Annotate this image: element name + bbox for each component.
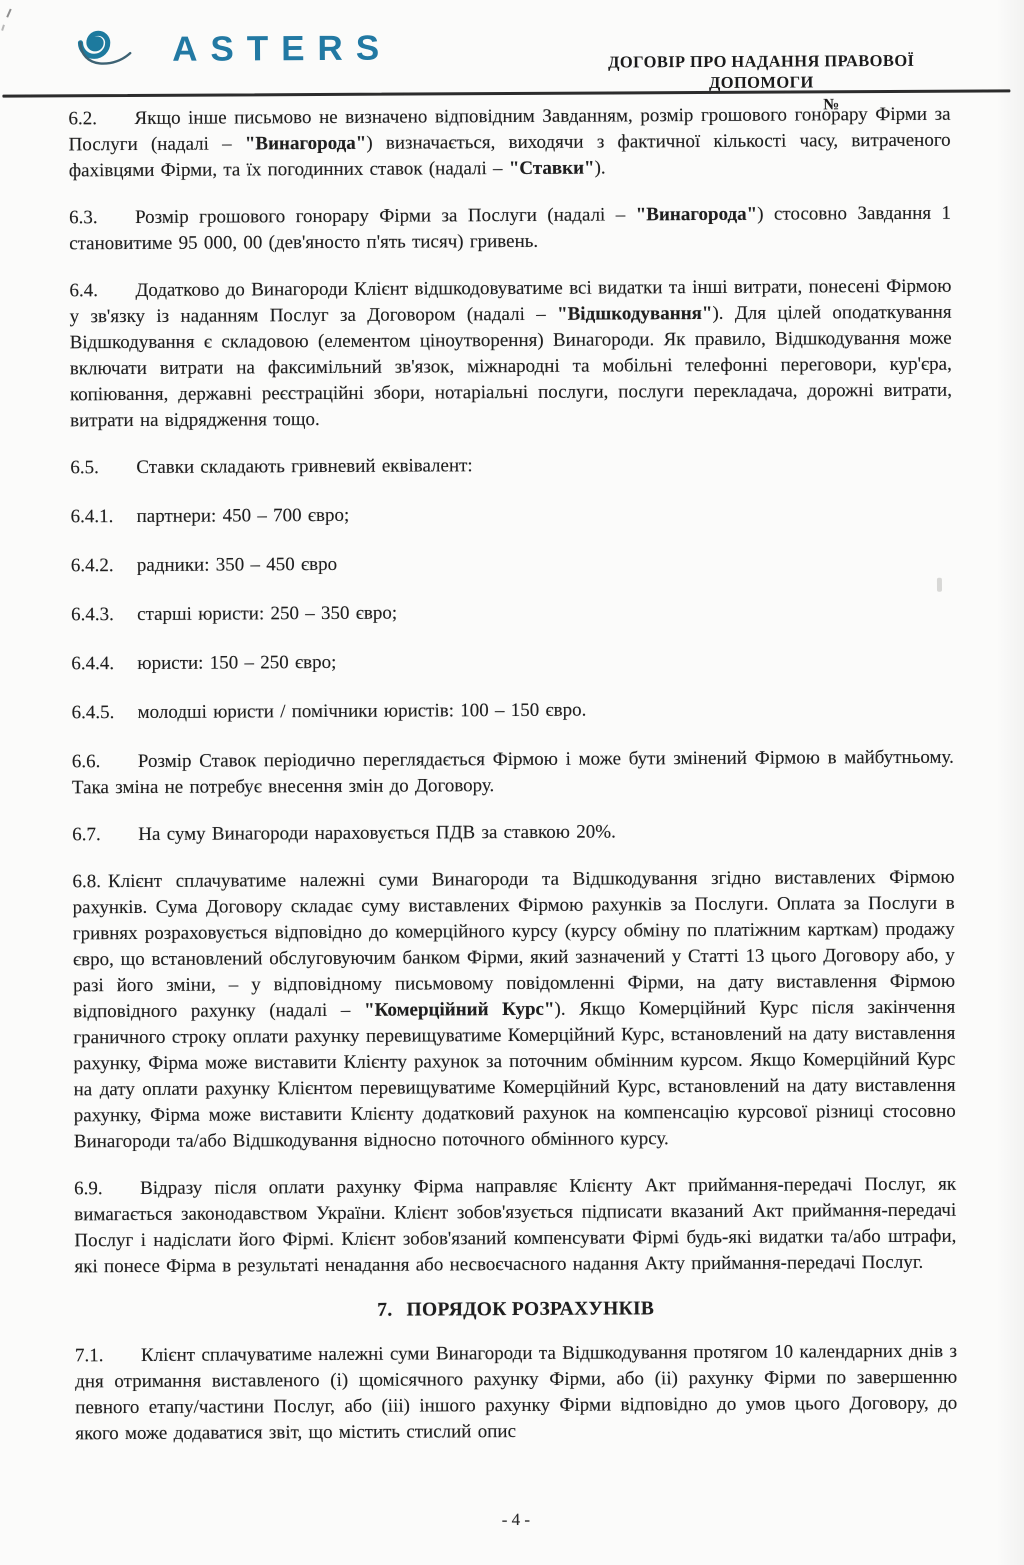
clause-text: Розмір грошового гонорару Фірми за Послу… <box>69 203 951 255</box>
clause-text: партнери: 450 – 700 євро; <box>137 505 350 527</box>
clause-number: 6.6. <box>72 749 138 775</box>
clause-6-4-5: 6.4.5.молодші юристи / помічники юристів… <box>72 696 954 727</box>
clause-6-6: 6.6.Розмір Ставок періодично переглядаєт… <box>72 745 954 802</box>
section-7-heading: 7.ПОРЯДОК РОЗРАХУНКІВ <box>75 1297 957 1324</box>
clause-text: Додатково до Винагороди Клієнт відшкодов… <box>70 276 953 432</box>
clause-number: 6.8. <box>72 871 108 892</box>
clause-6-4-3: 6.4.3.старші юристи: 250 – 350 євро; <box>71 598 953 629</box>
clause-text: старші юристи: 250 – 350 євро; <box>137 603 397 625</box>
clause-number: 6.9. <box>74 1176 140 1202</box>
section-title: ПОРЯДОК РОЗРАХУНКІВ <box>406 1298 654 1320</box>
clause-text: Ставки складають гривневий еквівалент: <box>136 455 472 478</box>
clause-text: молодші юристи / помічники юристів: 100 … <box>138 700 587 723</box>
clause-7-1: 7.1.Клієнт сплачуватиме належні суми Вин… <box>75 1339 958 1448</box>
scan-artifact-mark <box>1 24 5 30</box>
clause-6-4-2: 6.4.2.радники: 350 – 450 євро <box>71 549 953 580</box>
clause-6-5: 6.5.Ставки складають гривневий еквівален… <box>70 451 952 482</box>
page-number: - 4 - <box>4 1507 1024 1532</box>
clause-number: 6.4.3. <box>71 602 137 628</box>
scan-artifact-mark <box>6 9 11 18</box>
clause-text: радники: 350 – 450 євро <box>137 554 337 576</box>
clause-number: 6.4.5. <box>72 700 138 726</box>
clause-number: 6.5. <box>70 455 136 481</box>
clause-text: Клієнт сплачуватиме належні суми Винагор… <box>75 1341 957 1445</box>
scanned-contract-page: ASTERS ДОГОВІР ПРО НАДАННЯ ПРАВОВОЇ ДОПО… <box>0 0 1024 1565</box>
clause-6-3: 6.3.Розмір грошового гонорару Фірми за П… <box>69 201 951 258</box>
clause-text: Клієнт сплачуватиме належні суми Винагор… <box>73 867 956 1153</box>
clause-number: 6.4.1. <box>71 504 137 530</box>
asters-logo: ASTERS <box>66 11 392 87</box>
clause-number: 6.4.2. <box>71 553 137 579</box>
section-number: 7. <box>377 1300 392 1321</box>
document-title-text: ДОГОВІР ПРО НАДАННЯ ПРАВОВОЇ ДОПОМОГИ <box>608 51 914 92</box>
clause-6-9: 6.9.Відразу після оплати рахунку Фірма н… <box>74 1172 957 1281</box>
clause-text: Якщо інше письмово не визначено відповід… <box>69 104 951 182</box>
spiral-logo-icon <box>66 12 158 86</box>
clause-6-8: 6.8.Клієнт сплачуватиме належні суми Вин… <box>72 865 955 1156</box>
clause-6-2: 6.2.Якщо інше письмово не визначено відп… <box>68 102 950 185</box>
contract-body: 6.2.Якщо інше письмово не визначено відп… <box>68 102 957 1469</box>
clause-text: На суму Винагороди нараховується ПДВ за … <box>138 821 616 845</box>
brand-name: ASTERS <box>172 29 392 70</box>
clause-number: 6.7. <box>72 822 138 848</box>
clause-number: 6.3. <box>69 205 135 231</box>
clause-text: Розмір Ставок періодично переглядається … <box>72 747 954 799</box>
clause-6-7: 6.7.На суму Винагороди нараховується ПДВ… <box>72 818 954 849</box>
clause-number: 6.4. <box>69 278 135 304</box>
clause-6-4-1: 6.4.1.партнери: 450 – 700 євро; <box>71 500 953 531</box>
clause-number: 6.2. <box>68 106 134 132</box>
clause-number: 6.4.4. <box>71 651 137 677</box>
clause-6-4: 6.4.Додатково до Винагороди Клієнт відшк… <box>69 274 952 435</box>
clause-6-4-4: 6.4.4.юристи: 150 – 250 євро; <box>71 647 953 678</box>
clause-text: юристи: 150 – 250 євро; <box>137 652 336 674</box>
clause-text: Відразу після оплати рахунку Фірма напра… <box>74 1174 956 1278</box>
clause-number: 7.1. <box>75 1343 141 1369</box>
